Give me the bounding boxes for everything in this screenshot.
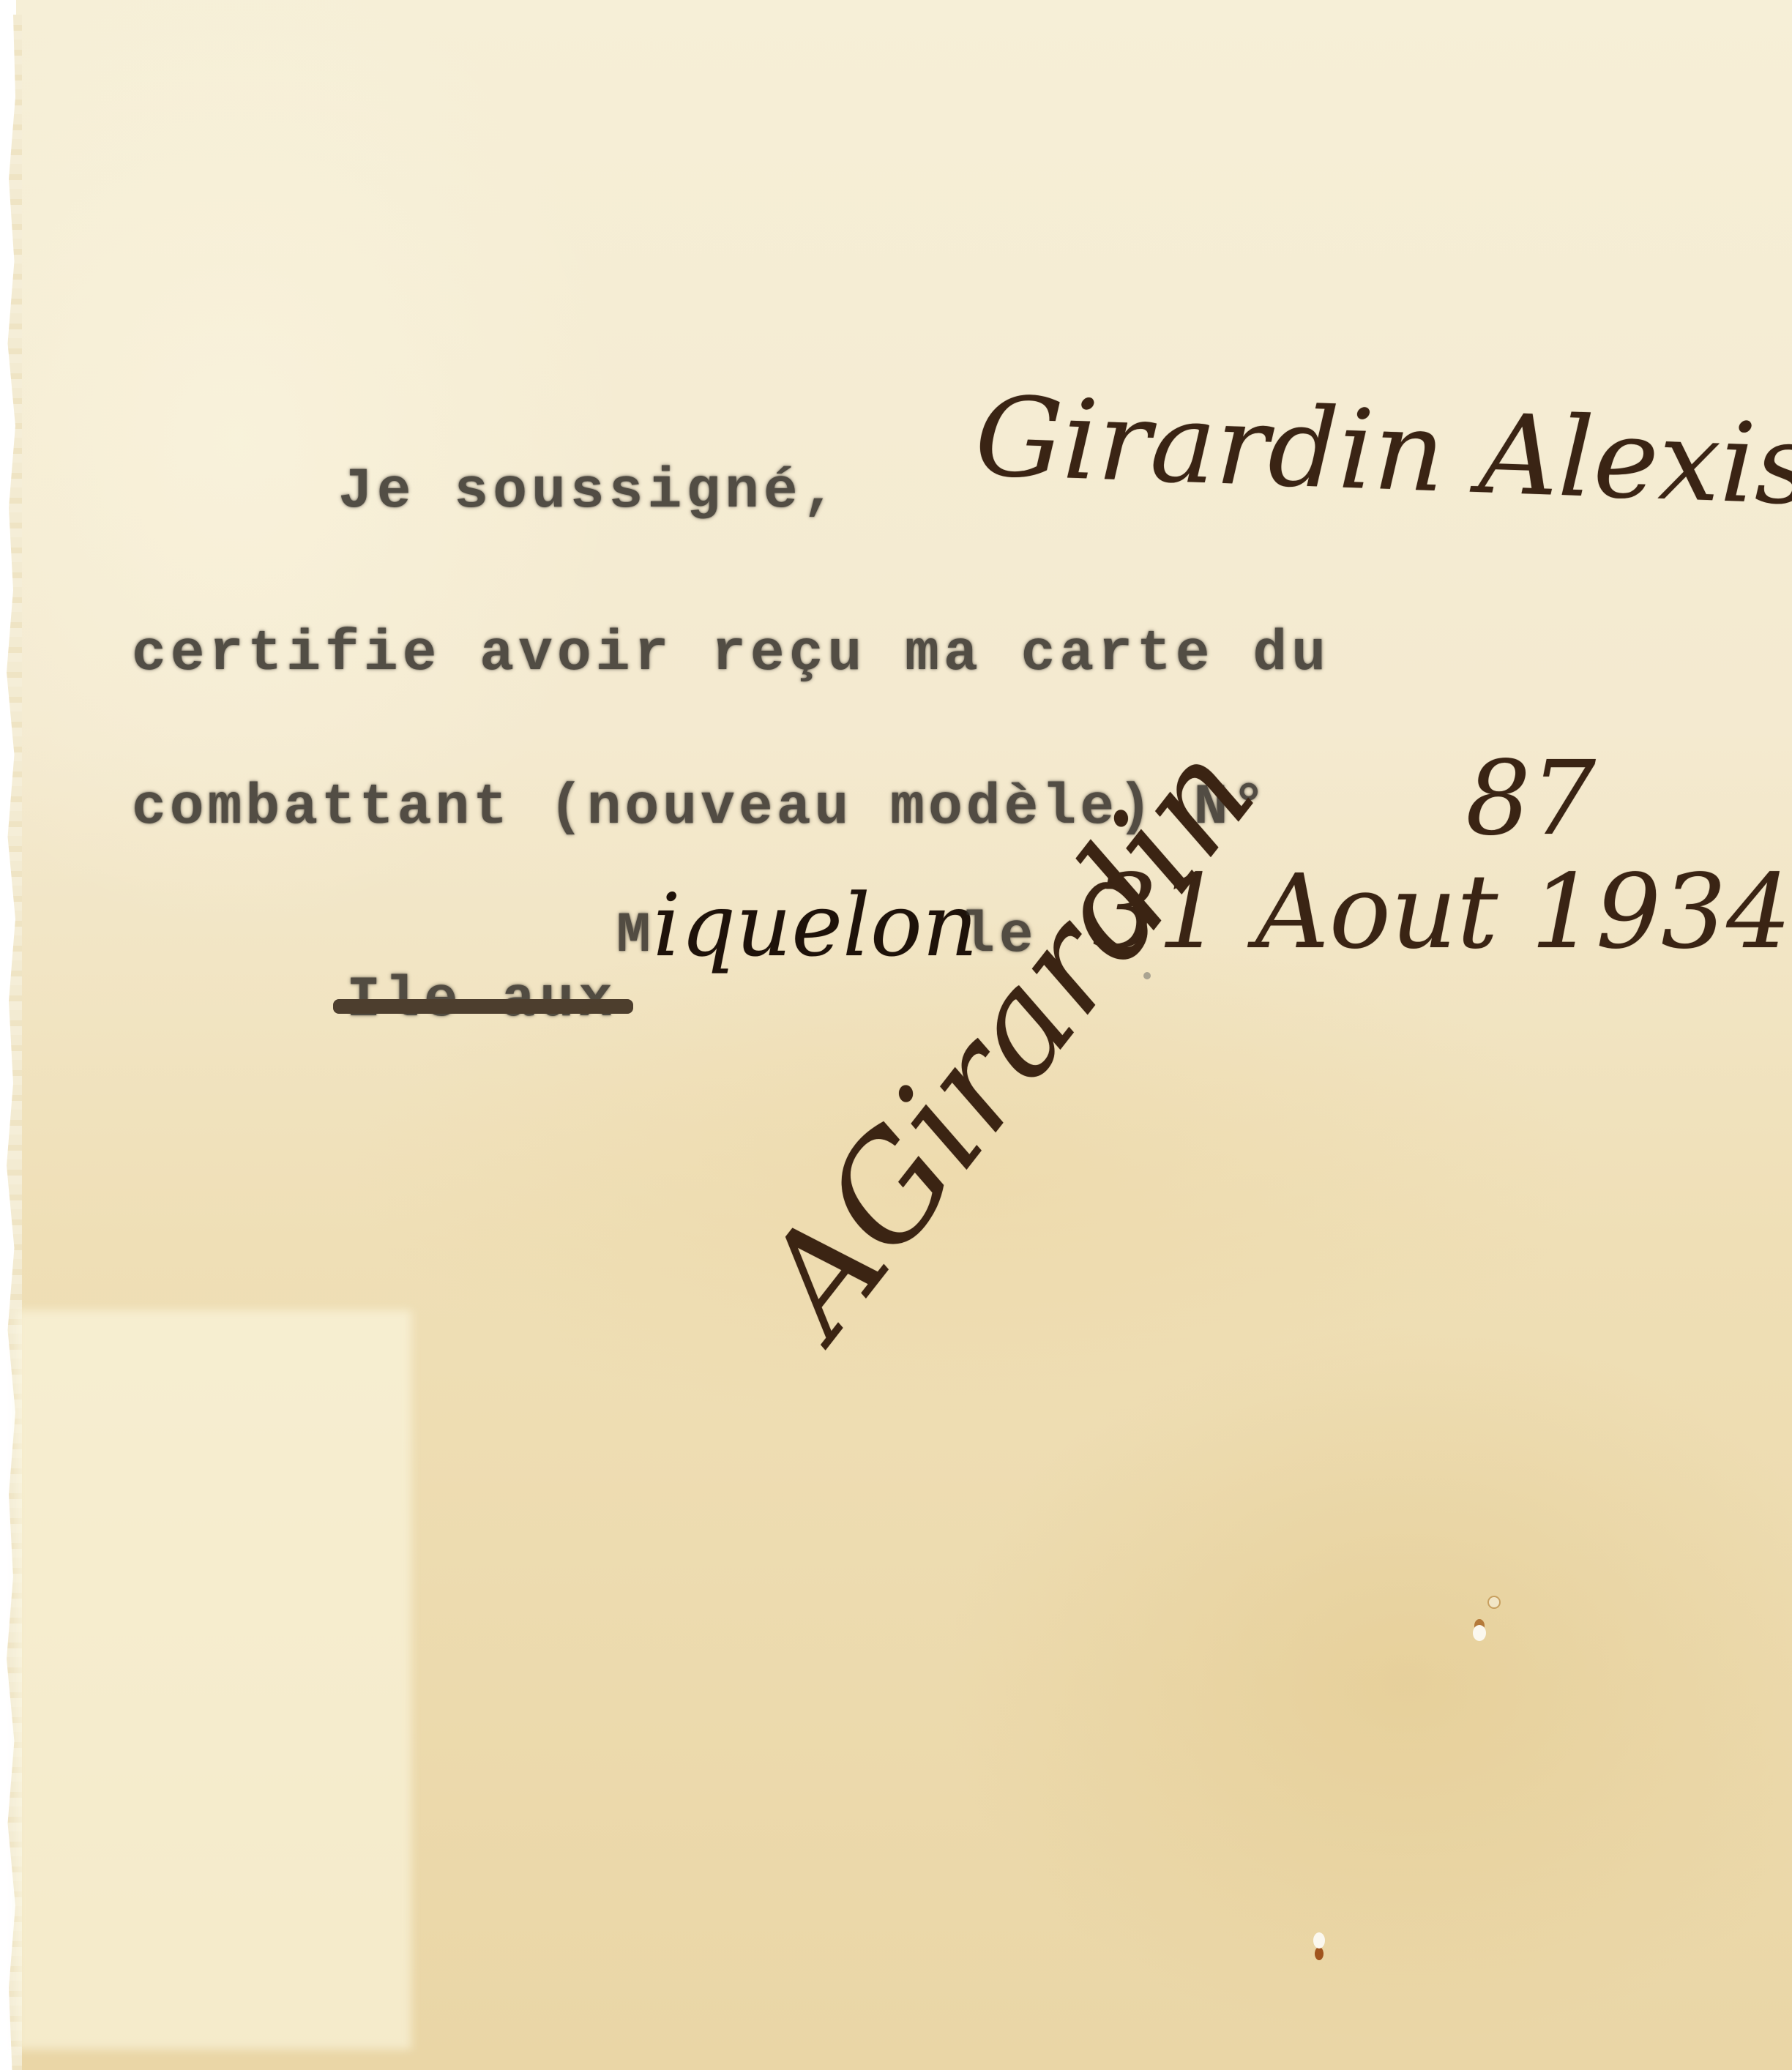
ink-speck — [1143, 972, 1151, 979]
paper-hole-rust — [1313, 1932, 1325, 1948]
paper-stain — [1487, 1596, 1501, 1609]
handwritten-name: Girardin Alexis — [973, 373, 1792, 530]
aged-paper-sheet: Je soussigné, Girardin Alexis certifie a… — [16, 0, 1792, 2070]
paper-light-patch — [16, 1310, 411, 2050]
paper-hole-stain — [1473, 1625, 1486, 1641]
struck-through-place: Ile aux — [346, 968, 617, 1033]
handwritten-place: iquelon — [653, 875, 978, 976]
handwritten-card-number: 87 — [1466, 739, 1596, 859]
typed-place-struck-container: Ile aux — [192, 904, 617, 1097]
typed-line-certifie: certifie avoir reçu ma carte du — [132, 622, 1330, 687]
typed-place-initial: M — [616, 904, 655, 968]
typed-line-je-soussigne: Je soussigné, — [338, 460, 841, 524]
